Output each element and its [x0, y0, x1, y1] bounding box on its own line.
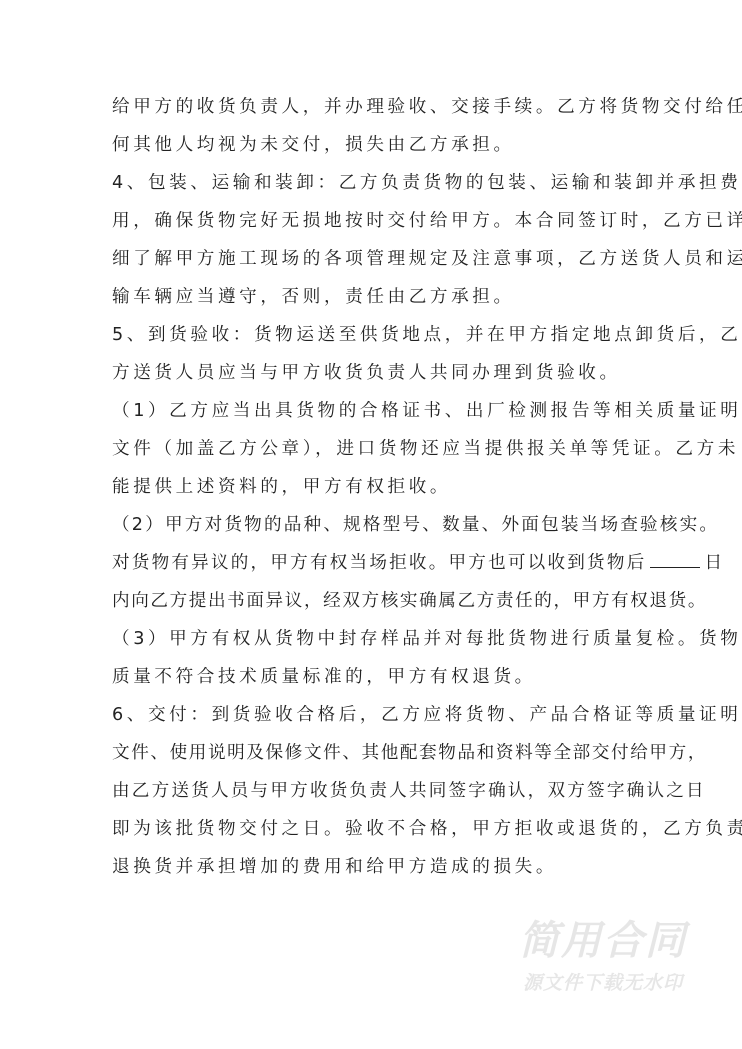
- text-line: 给甲方的收货负责人，并办理验收、交接手续。乙方将货物交付给任: [112, 93, 632, 131]
- subclause-1-line: （1）乙方应当出具货物的合格证书、出厂检测报告等相关质量证明: [112, 397, 632, 435]
- text-line: 输车辆应当遵守，否则，责任由乙方承担。: [112, 283, 632, 321]
- fill-in-blank: [650, 549, 700, 568]
- text-line: 用，确保货物完好无损地按时交付给甲方。本合同签订时，乙方已详: [112, 207, 632, 245]
- subclause-3-line: （3）甲方有权从货物中封存样品并对每批货物进行质量复检。货物: [112, 625, 632, 663]
- text-line: 细了解甲方施工现场的各项管理规定及注意事项，乙方送货人员和运: [112, 245, 632, 283]
- text-line: 方送货人员应当与甲方收货负责人共同办理到货验收。: [112, 359, 632, 397]
- text-line: 内向乙方提出书面异议，经双方核实确属乙方责任的，甲方有权退货。: [112, 587, 632, 625]
- text-line-with-blank: 对货物有异议的，甲方有权当场拒收。甲方也可以收到货物后日: [112, 549, 632, 587]
- document-body: 给甲方的收货负责人，并办理验收、交接手续。乙方将货物交付给任 何其他人均视为未交…: [112, 93, 632, 891]
- text-line: 即为该批货物交付之日。验收不合格，甲方拒收或退货的，乙方负责: [112, 815, 632, 853]
- text-line: 由乙方送货人员与甲方收货负责人共同签字确认，双方签字确认之日: [112, 777, 632, 815]
- watermark-subtitle: 源文件下载无水印: [508, 968, 698, 998]
- text-line: 文件（加盖乙方公章），进口货物还应当提供报关单等凭证。乙方未: [112, 435, 632, 473]
- text-line: 何其他人均视为未交付，损失由乙方承担。: [112, 131, 632, 169]
- clause-5-heading-line: 5、到货验收：货物运送至供货地点，并在甲方指定地点卸货后，乙: [112, 321, 632, 359]
- blank-suffix: 日: [704, 553, 724, 573]
- clause-6-heading-line: 6、交付：到货验收合格后，乙方应将货物、产品合格证等质量证明: [112, 701, 632, 739]
- clause-4-heading-line: 4、包装、运输和装卸：乙方负责货物的包装、运输和装卸并承担费: [112, 169, 632, 207]
- text-line: 文件、使用说明及保修文件、其他配套物品和资料等全部交付给甲方，: [112, 739, 632, 777]
- watermark-title: 简用合同: [508, 918, 698, 964]
- watermark: 简用合同 源文件下载无水印: [508, 918, 698, 998]
- text-segment: 对货物有异议的，甲方有权当场拒收。甲方也可以收到货物后: [112, 553, 646, 573]
- subclause-2-line: （2）甲方对货物的品种、规格型号、数量、外面包装当场查验核实。: [112, 511, 632, 549]
- text-line: 质量不符合技术质量标准的，甲方有权退货。: [112, 663, 632, 701]
- text-line: 退换货并承担增加的费用和给甲方造成的损失。: [112, 853, 632, 891]
- text-line: 能提供上述资料的，甲方有权拒收。: [112, 473, 632, 511]
